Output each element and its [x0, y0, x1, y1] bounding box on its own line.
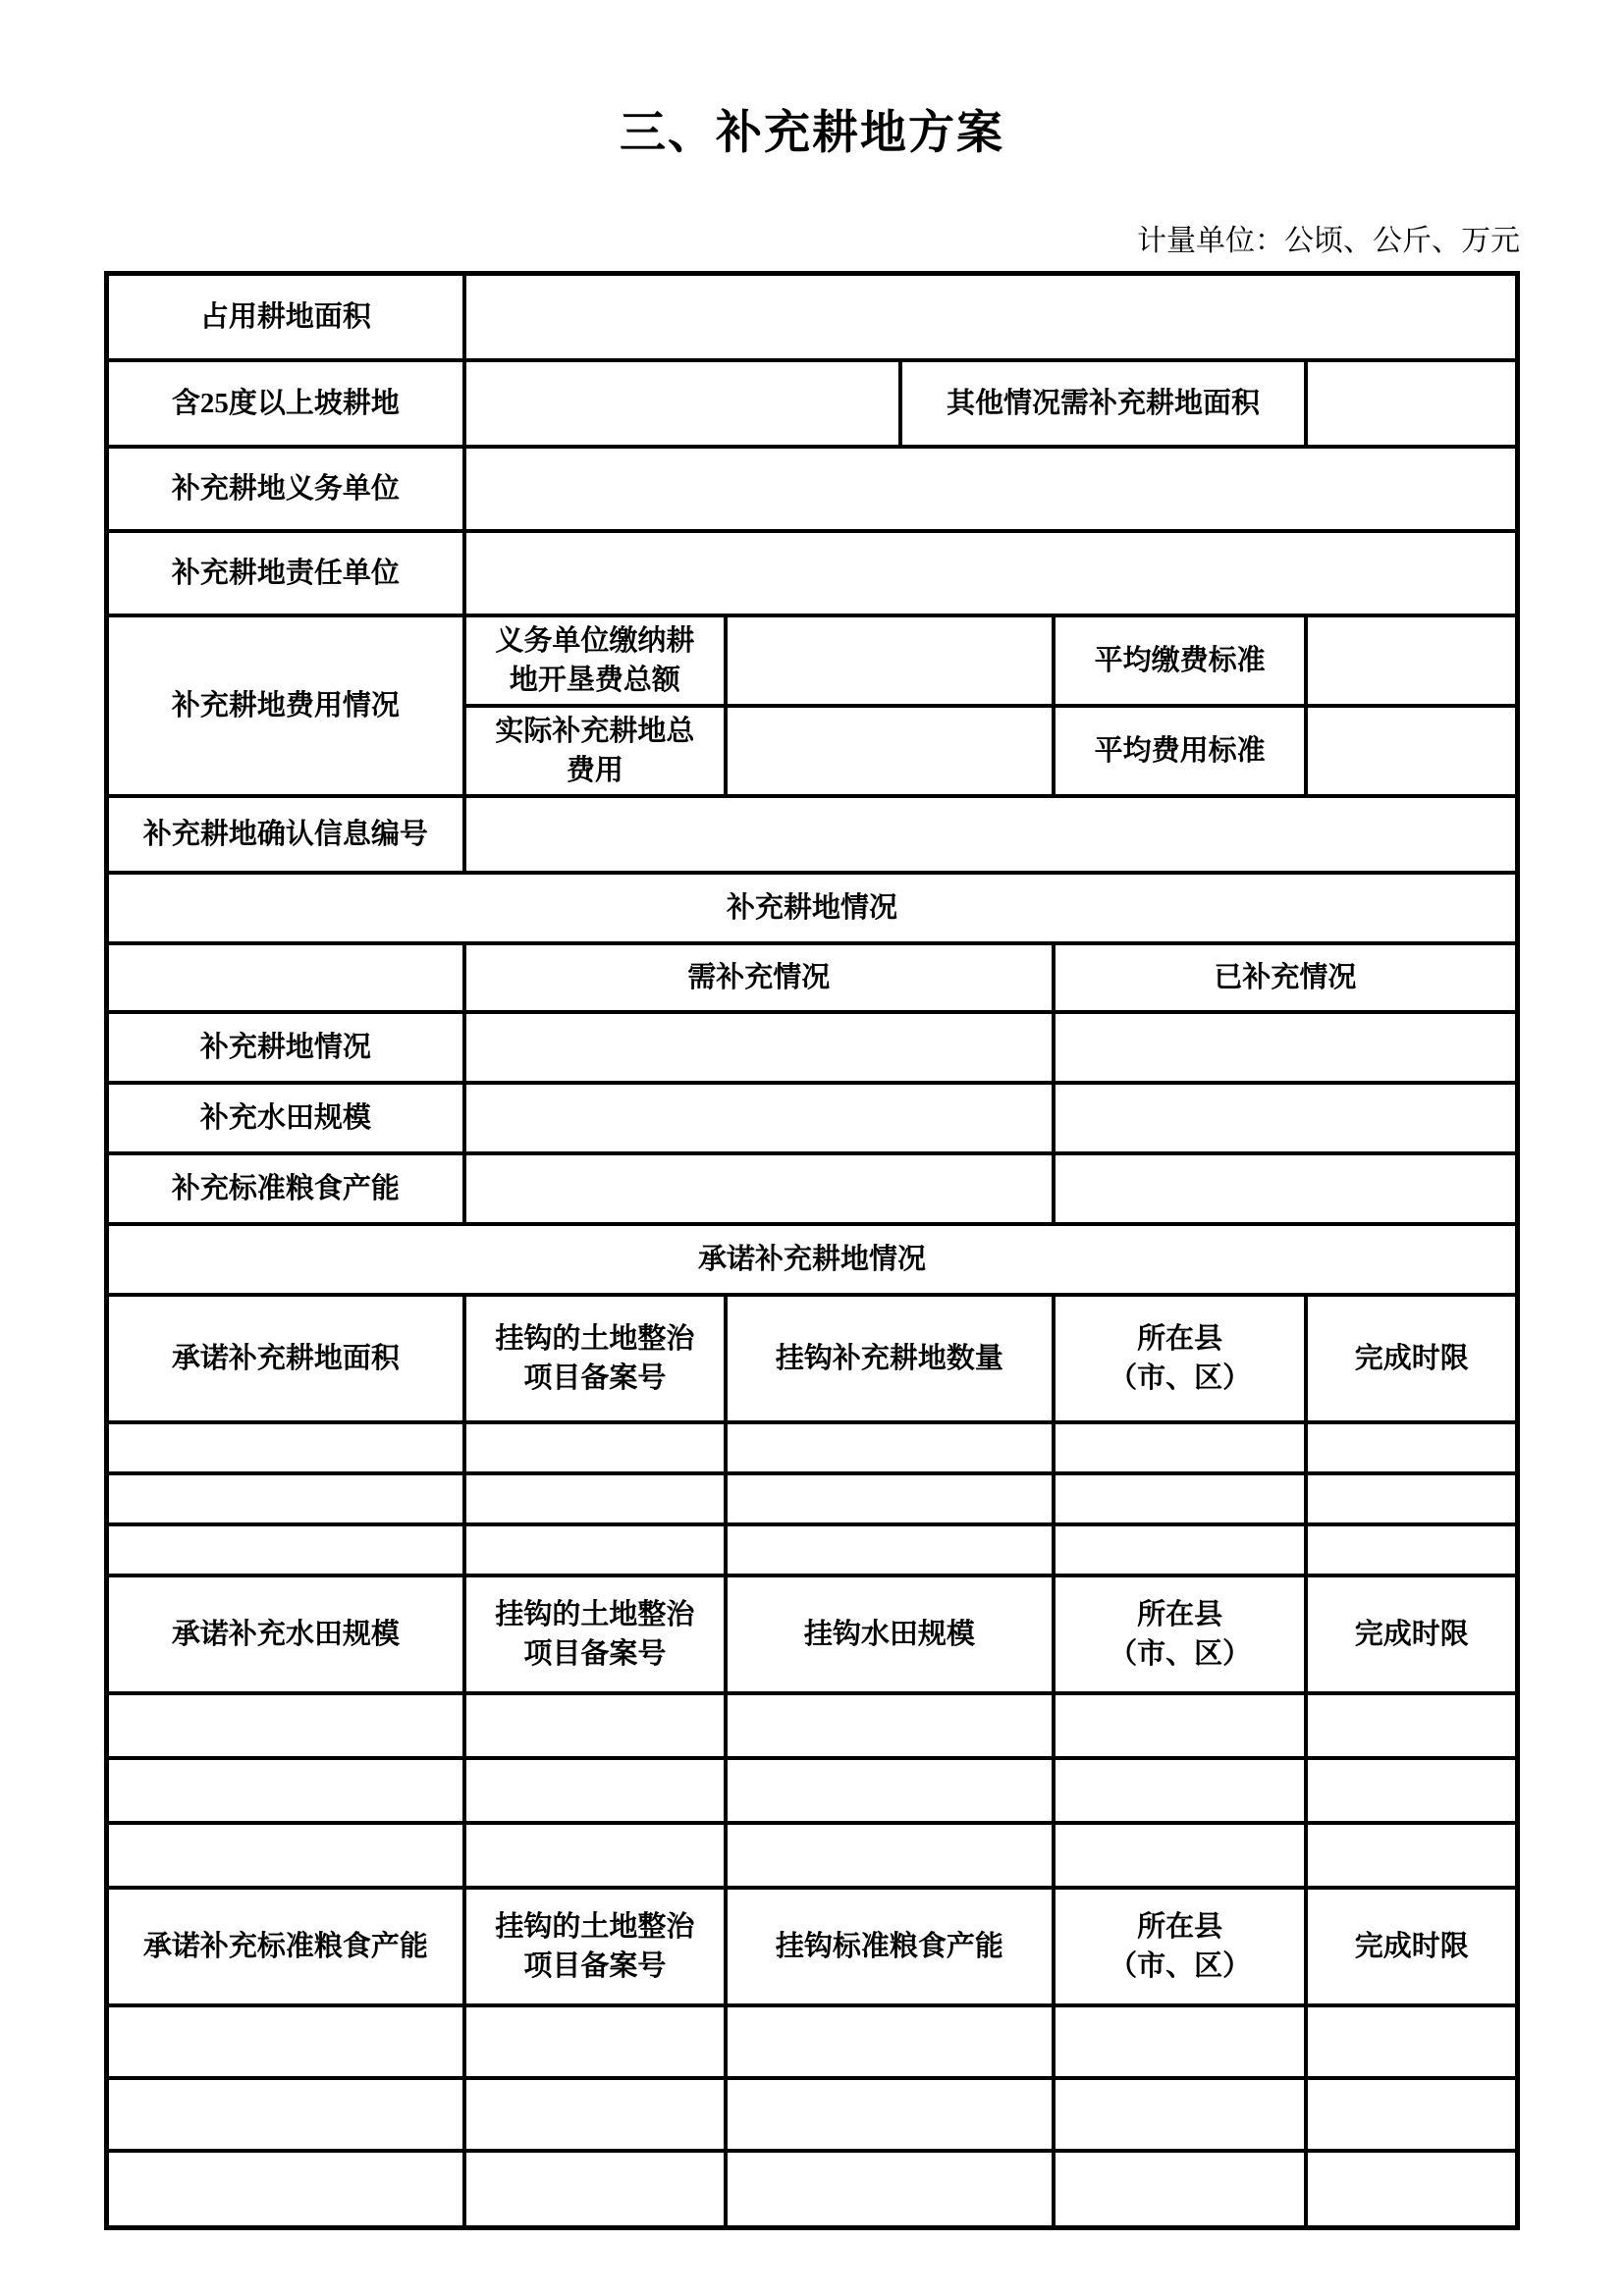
value-promised-grain-row1-col3 [728, 2007, 1056, 2080]
value-supplement-responsible-unit [466, 533, 1515, 617]
label-other-situations-supplement-area: 其他情况需补充耕地面积 [902, 362, 1309, 449]
value-promised-grain-row2-col3 [728, 2080, 1056, 2153]
value-promised-paddy-row3-col5 [1308, 1825, 1515, 1890]
value-promised-paddy-row1-col4 [1056, 1695, 1309, 1760]
value-promised-paddy-row1-col1 [109, 1695, 466, 1760]
value-promised-area-row3-col5 [1308, 1526, 1515, 1577]
value-promised-grain-row3-col3 [728, 2153, 1056, 2225]
unit-note: 计量单位：公顷、公斤、万元 [104, 224, 1520, 259]
value-promised-grain-row3-col2 [466, 2153, 728, 2225]
value-other-situations-supplement-area [1308, 362, 1515, 449]
value-promised-grain-row3-col4 [1056, 2153, 1309, 2225]
value-supplement-paddy-completed [1056, 1085, 1515, 1155]
value-promised-area-row1-col4 [1056, 1424, 1309, 1475]
value-supplement-grain-needed [466, 1155, 1056, 1226]
value-promised-grain-row1-col4 [1056, 2007, 1309, 2080]
value-reclamation-fee-total [728, 617, 1056, 708]
header-county-city-district-3: 所在县 （市、区） [1056, 1890, 1309, 2007]
value-promised-area-row3-col2 [466, 1526, 728, 1577]
value-actual-supplement-total-cost [728, 708, 1056, 798]
header-completion-deadline-1: 完成时限 [1308, 1297, 1515, 1424]
value-promised-grain-row3-col1 [109, 2153, 466, 2225]
section-promised-supplement-situation: 承诺补充耕地情况 [109, 1226, 1515, 1297]
page-title: 三、补充耕地方案 [0, 0, 1624, 161]
value-supplement-land-needed [466, 1014, 1056, 1085]
form-table: 占用耕地面积含25度以上坡耕地其他情况需补充耕地面积补充耕地义务单位补充耕地责任… [104, 271, 1520, 2230]
value-promised-area-row1-col2 [466, 1424, 728, 1475]
value-average-cost-standard [1308, 708, 1515, 798]
header-linked-paddy-scale: 挂钩水田规模 [728, 1577, 1056, 1695]
value-promised-paddy-row2-col5 [1308, 1760, 1515, 1825]
value-promised-paddy-row2-col3 [728, 1760, 1056, 1825]
value-promised-area-row2-col5 [1308, 1475, 1515, 1526]
value-supplement-grain-completed [1056, 1155, 1515, 1226]
value-promised-paddy-row2-col4 [1056, 1760, 1309, 1825]
label-supplement-grain-capacity: 补充标准粮食产能 [109, 1155, 466, 1226]
value-promised-grain-row2-col2 [466, 2080, 728, 2153]
label-needed-situation: 需补充情况 [466, 945, 1056, 1014]
label-supplement-paddy-scale: 补充水田规模 [109, 1085, 466, 1155]
label-supplement-fee-situation: 补充耕地费用情况 [109, 617, 466, 798]
header-completion-deadline-3: 完成时限 [1308, 1890, 1515, 2007]
label-reclamation-fee-total: 义务单位缴纳耕 地开垦费总额 [466, 617, 728, 708]
value-supplement-obligation-unit [466, 449, 1515, 533]
header-linked-project-record-number-2: 挂钩的土地整治 项目备案号 [466, 1577, 728, 1695]
header-linked-grain-capacity: 挂钩标准粮食产能 [728, 1890, 1056, 2007]
value-promised-paddy-row1-col5 [1308, 1695, 1515, 1760]
label-supplement-land-row: 补充耕地情况 [109, 1014, 466, 1085]
header-linked-project-record-number-3: 挂钩的土地整治 项目备案号 [466, 1890, 728, 2007]
value-promised-grain-row2-col5 [1308, 2080, 1515, 2153]
value-promised-area-row2-col3 [728, 1475, 1056, 1526]
value-promised-grain-row1-col5 [1308, 2007, 1515, 2080]
value-promised-area-row1-col5 [1308, 1424, 1515, 1475]
header-county-city-district-2: 所在县 （市、区） [1056, 1577, 1309, 1695]
label-actual-supplement-total-cost: 实际补充耕地总 费用 [466, 708, 728, 798]
value-slope-land-over-25-degrees [466, 362, 902, 449]
value-confirmation-info-number [466, 798, 1515, 875]
value-promised-paddy-row1-col2 [466, 1695, 728, 1760]
header-promised-supplement-area: 承诺补充耕地面积 [109, 1297, 466, 1424]
header-linked-project-record-number-1: 挂钩的土地整治 项目备案号 [466, 1297, 728, 1424]
value-occupied-cultivated-area [466, 276, 1515, 362]
section-supplement-land-situation: 补充耕地情况 [109, 875, 1515, 945]
value-promised-paddy-row1-col3 [728, 1695, 1056, 1760]
header-county-city-district-1: 所在县 （市、区） [1056, 1297, 1309, 1424]
label-completed-situation: 已补充情况 [1056, 945, 1515, 1014]
value-promised-area-row3-col4 [1056, 1526, 1309, 1577]
label-supplement-responsible-unit: 补充耕地责任单位 [109, 533, 466, 617]
value-promised-grain-row3-col5 [1308, 2153, 1515, 2225]
corner-blank-cell [109, 945, 466, 1014]
value-promised-paddy-row2-col1 [109, 1760, 466, 1825]
label-occupied-cultivated-area: 占用耕地面积 [109, 276, 466, 362]
label-supplement-obligation-unit: 补充耕地义务单位 [109, 449, 466, 533]
value-promised-grain-row1-col1 [109, 2007, 466, 2080]
value-promised-area-row2-col2 [466, 1475, 728, 1526]
header-promised-grain-capacity: 承诺补充标准粮食产能 [109, 1890, 466, 2007]
value-promised-grain-row2-col1 [109, 2080, 466, 2153]
value-promised-paddy-row3-col3 [728, 1825, 1056, 1890]
header-completion-deadline-2: 完成时限 [1308, 1577, 1515, 1695]
value-promised-area-row3-col1 [109, 1526, 466, 1577]
label-average-cost-standard: 平均费用标准 [1056, 708, 1309, 798]
value-promised-area-row2-col4 [1056, 1475, 1309, 1526]
value-supplement-paddy-needed [466, 1085, 1056, 1155]
value-promised-area-row3-col3 [728, 1526, 1056, 1577]
value-promised-paddy-row2-col2 [466, 1760, 728, 1825]
header-linked-supplement-quantity: 挂钩补充耕地数量 [728, 1297, 1056, 1424]
label-slope-land-over-25-degrees: 含25度以上坡耕地 [109, 362, 466, 449]
value-promised-paddy-row3-col4 [1056, 1825, 1309, 1890]
header-promised-paddy-scale: 承诺补充水田规模 [109, 1577, 466, 1695]
label-confirmation-info-number: 补充耕地确认信息编号 [109, 798, 466, 875]
value-average-payment-standard [1308, 617, 1515, 708]
value-promised-area-row2-col1 [109, 1475, 466, 1526]
value-promised-grain-row1-col2 [466, 2007, 728, 2080]
value-promised-paddy-row3-col2 [466, 1825, 728, 1890]
label-average-payment-standard: 平均缴费标准 [1056, 617, 1309, 708]
value-promised-area-row1-col3 [728, 1424, 1056, 1475]
value-supplement-land-completed [1056, 1014, 1515, 1085]
value-promised-grain-row2-col4 [1056, 2080, 1309, 2153]
value-promised-paddy-row3-col1 [109, 1825, 466, 1890]
value-promised-area-row1-col1 [109, 1424, 466, 1475]
